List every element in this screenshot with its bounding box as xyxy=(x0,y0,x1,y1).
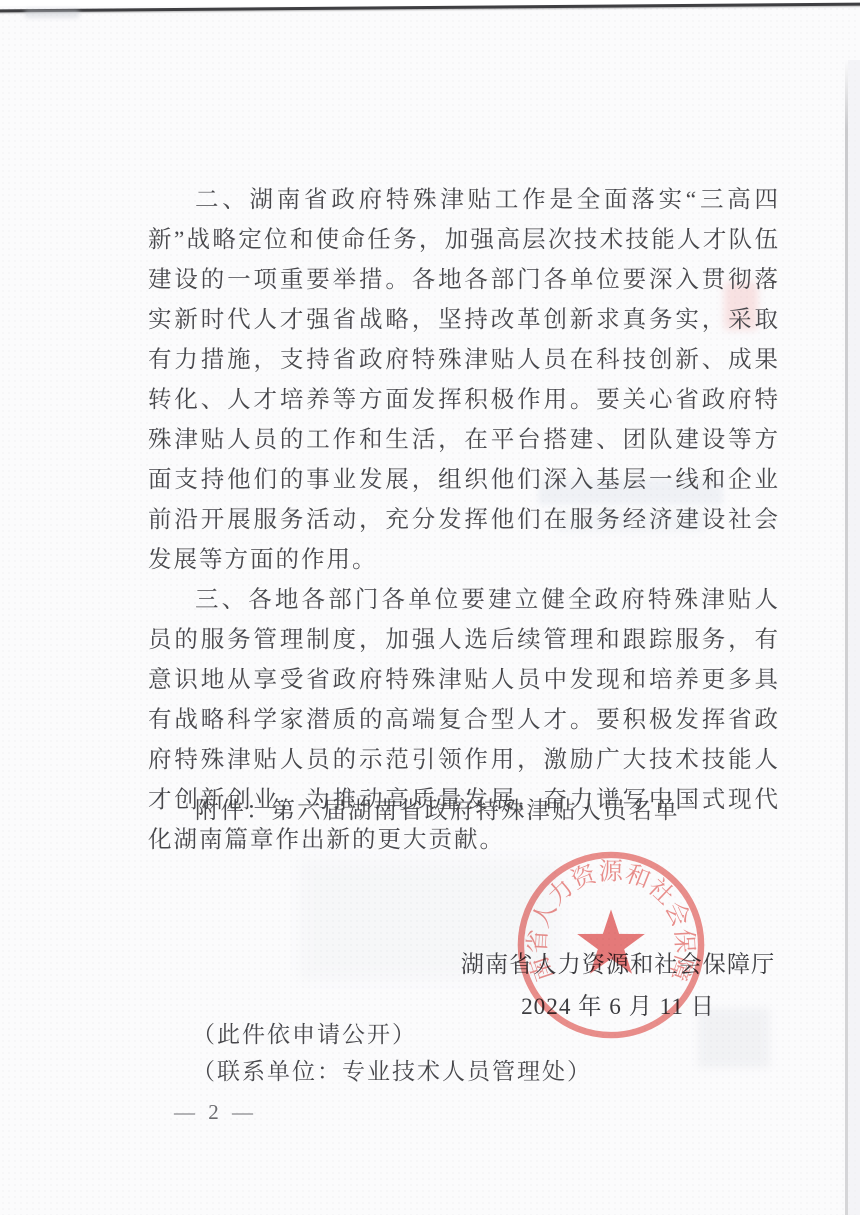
document-body: 二、湖南省政府特殊津贴工作是全面落实“三高四新”战略定位和使命任务，加强高层次技… xyxy=(148,180,780,860)
page-number: — 2 — xyxy=(174,1100,257,1125)
scan-corner-smudge xyxy=(24,9,80,18)
note-public-disclosure: （此件依申请公开） xyxy=(192,1017,708,1054)
scan-right-margin xyxy=(848,60,860,1215)
issuer-name: 湖南省人力资源和社会保障厅 xyxy=(455,944,781,986)
note-contact-unit: （联系单位：专业技术人员管理处） xyxy=(192,1054,708,1091)
body-paragraph-2: 二、湖南省政府特殊津贴工作是全面落实“三高四新”战略定位和使命任务，加强高层次技… xyxy=(148,180,780,580)
notes-block: （此件依申请公开） （联系单位：专业技术人员管理处） xyxy=(148,1017,708,1090)
attachment-line: 附件：第六届湖南省政府特殊津贴人员名单 xyxy=(148,794,780,828)
scanned-document-page: 二、湖南省政府特殊津贴工作是全面落实“三高四新”战略定位和使命任务，加强高层次技… xyxy=(0,0,860,1215)
signature-block: 湖南省人力资源和社会保障厅 2024 年 6 月 11 日 xyxy=(455,944,781,1028)
